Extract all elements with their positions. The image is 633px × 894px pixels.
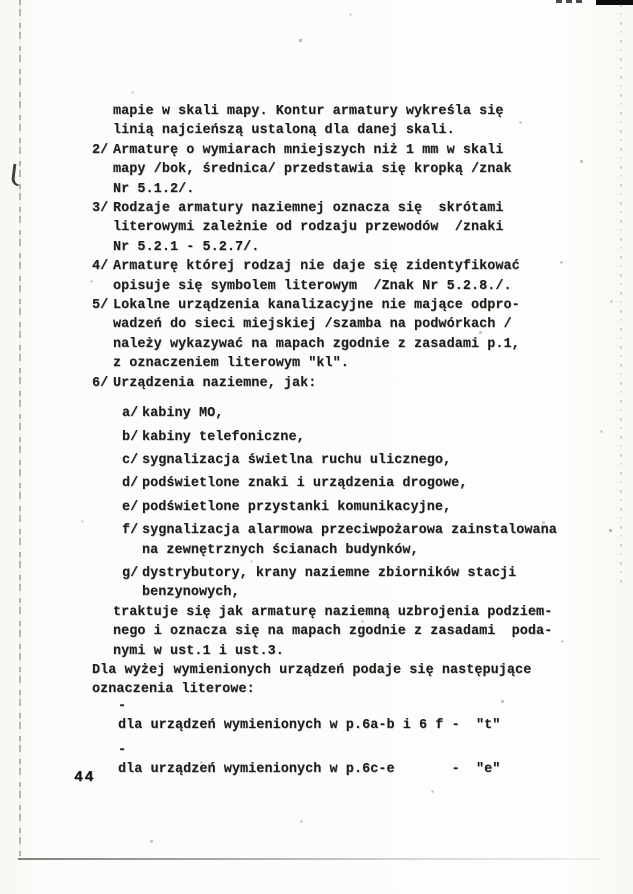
numbered-item-5: 5/ Lokalne urządzenia kanalizacyjne nie … — [92, 296, 590, 374]
sub-item-a: a/ kabiny MO, — [122, 404, 590, 423]
text-line: nymi w ust.1 i ust.3. — [113, 642, 590, 661]
numbered-item-6: 6/ Urządzenia naziemne, jak: — [92, 374, 590, 393]
text-line: Urządzenia naziemne, jak: — [113, 374, 590, 393]
text-line: Dla wyżej wymienionych urządzeń podaje s… — [92, 661, 590, 680]
document-text: mapie w skali mapy. Kontur armatury wykr… — [92, 102, 590, 779]
text-line: na zewnętrznych ścianach budynków, — [142, 541, 590, 560]
text-line: dystrybutory, krany naziemne zbiorników … — [142, 564, 590, 583]
sub-item-g: g/ dystrybutory, krany naziemne zbiornik… — [122, 564, 590, 603]
sub-item-c: c/ sygnalizacja świetlna ruchu ulicznego… — [122, 451, 590, 470]
sub-item-f: f/ sygnalizacja alarmowa przeciwpożarowa… — [122, 521, 590, 560]
text-line: mapy /bok, średnica/ przedstawia się kro… — [113, 160, 590, 179]
item-marker: b/ — [122, 428, 138, 447]
text-line: Armaturę o wymiarach mniejszych niż 1 mm… — [113, 141, 590, 160]
text-line: opisuje się symbolem literowym /Znak Nr … — [113, 277, 590, 296]
text-line: wadzeń do sieci miejskiej /szamba na pod… — [113, 315, 590, 334]
text-line: Armaturę której rodzaj nie daje się zide… — [113, 257, 590, 276]
lettered-sublist: a/ kabiny MO, b/ kabiny telefoniczne, c/… — [122, 404, 590, 603]
item-marker: e/ — [122, 498, 138, 517]
dash-item-2: - dla urządzeń wymienionych w p.6c-e - "… — [92, 741, 590, 780]
scanned-document-page: mapie w skali mapy. Kontur armatury wykr… — [0, 0, 633, 894]
text-line: sygnalizacja alarmowa przeciwpożarowa za… — [142, 521, 590, 540]
text-line: benzynowych, — [142, 583, 590, 602]
scan-right-speckles — [620, 4, 622, 584]
outro-paragraph: Dla wyżej wymienionych urządzeń podaje s… — [92, 661, 590, 700]
sub-item-d: d/ podświetlone znaki i urządzenia drogo… — [122, 474, 590, 493]
numbered-item-4: 4/ Armaturę której rodzaj nie daje się z… — [92, 257, 590, 296]
item-marker: g/ — [122, 564, 138, 583]
text-line: Rodzaje armatury naziemnej oznacza się s… — [113, 199, 590, 218]
text-line: kabiny MO, — [142, 404, 590, 423]
scan-top-dashes — [556, 0, 582, 3]
dash-item-1: - dla urządzeń wymienionych w p.6a-b i 6… — [92, 697, 590, 736]
text-line: dla urządzeń wymienionych w p.6a-b i 6 f… — [118, 716, 590, 735]
dash-marker: - — [118, 699, 126, 714]
scan-noise-specks — [0, 0, 1, 1]
numbered-item-3: 3/ Rodzaje armatury naziemnej oznacza si… — [92, 199, 590, 257]
text-line: kabiny telefoniczne, — [142, 428, 590, 447]
item-marker: 3/ — [92, 199, 108, 218]
text-line: podświetlone znaki i urządzenia drogowe, — [142, 474, 590, 493]
text-line: nego i oznacza się na mapach zgodnie z z… — [113, 622, 590, 641]
text-line: Nr 5.1.2/. — [113, 180, 590, 199]
text-line: podświetlone przystanki komunikacyjne, — [142, 498, 590, 517]
dash-marker: - — [118, 743, 126, 758]
page-number: 44 — [74, 769, 95, 786]
text-line: linią najcieńszą ustaloną dla danej skal… — [113, 121, 590, 140]
text-line: sygnalizacja świetlna ruchu ulicznego, — [142, 451, 590, 470]
sub-item-b: b/ kabiny telefoniczne, — [122, 428, 590, 447]
item-marker: 6/ — [92, 374, 108, 393]
text-line: Lokalne urządzenia kanalizacyjne nie maj… — [113, 296, 590, 315]
item-marker: 5/ — [92, 296, 108, 315]
item-marker: a/ — [122, 404, 138, 423]
intro-paragraph: mapie w skali mapy. Kontur armatury wykr… — [92, 102, 590, 141]
item-marker: f/ — [122, 521, 138, 540]
item-marker: 4/ — [92, 257, 108, 276]
text-line: mapie w skali mapy. Kontur armatury wykr… — [113, 102, 590, 121]
sub-item-e: e/ podświetlone przystanki komunikacyjne… — [122, 498, 590, 517]
scan-crease-left — [19, 0, 21, 857]
item-marker: 2/ — [92, 141, 108, 160]
text-line: Nr 5.2.1 - 5.2.7/. — [113, 238, 590, 257]
item-marker: c/ — [122, 451, 138, 470]
scan-corner-mark — [596, 0, 633, 5]
numbered-item-2: 2/ Armaturę o wymiarach mniejszych niż 1… — [92, 141, 590, 199]
item-marker: d/ — [122, 474, 138, 493]
text-line: z oznaczeniem literowym "kl". — [113, 354, 590, 373]
text-line: dla urządzeń wymienionych w p.6c-e - "e" — [118, 760, 590, 779]
text-line: literowymi zależnie od rodzaju przewodów… — [113, 218, 590, 237]
closing-paragraph: traktuje się jak armaturę naziemną uzbro… — [92, 603, 590, 661]
text-line: należy wykazywać na mapach zgodnie z zas… — [113, 335, 590, 354]
scan-edge-bottom-line — [18, 858, 600, 860]
text-line: traktuje się jak armaturę naziemną uzbro… — [113, 603, 590, 622]
